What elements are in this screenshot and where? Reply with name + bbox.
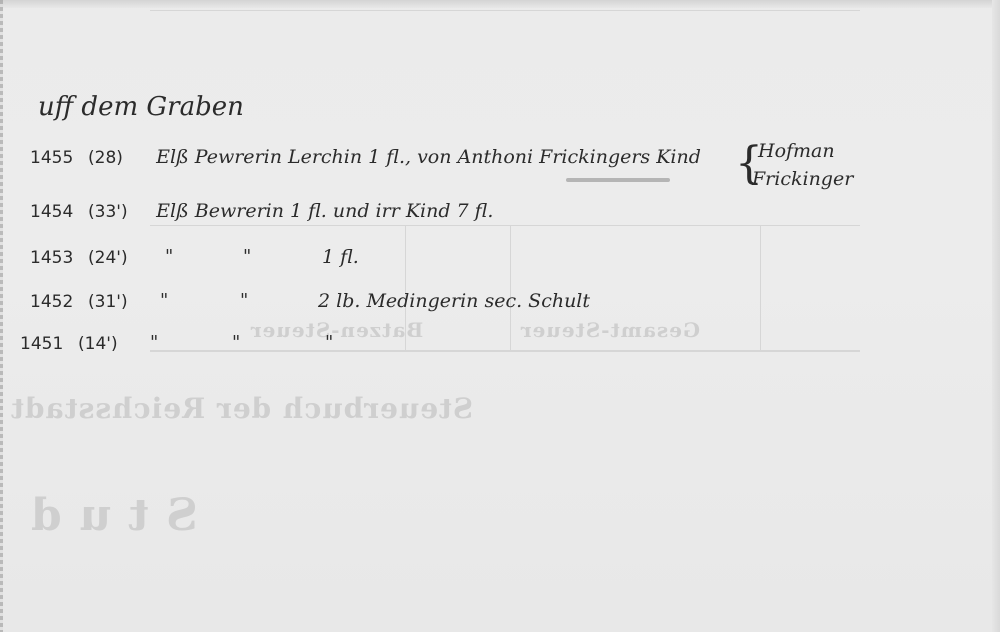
entry-text: Elß Pewrerin Lerchin 1 fl., von Anthoni … bbox=[156, 146, 701, 168]
ditto-mark: " bbox=[150, 332, 158, 353]
entry-text: 2 lb. Medingerin sec. Schult bbox=[318, 290, 590, 312]
entry-text: 1 fl. bbox=[322, 246, 359, 268]
ditto-mark: " bbox=[160, 290, 168, 311]
ditto-mark: " bbox=[325, 332, 333, 353]
card-top-edge bbox=[0, 0, 1000, 8]
entry-year: 1451 bbox=[20, 334, 72, 354]
ditto-mark: " bbox=[232, 332, 240, 353]
ghost-heading: Gesamt-Steuer bbox=[520, 318, 700, 342]
entry-ref: (33') bbox=[88, 202, 150, 222]
card-left-edge bbox=[0, 0, 3, 632]
ghost-rule bbox=[150, 350, 860, 352]
index-card: Batzen-Steuer Gesamt-Steuer Steuerbuch d… bbox=[0, 0, 1000, 632]
entry-ref: (31') bbox=[88, 292, 150, 312]
entry-ref: (14') bbox=[78, 334, 140, 354]
brace-name-frickinger: Frickinger bbox=[752, 168, 853, 190]
entry-year: 1453 bbox=[30, 248, 82, 268]
entry-year: 1452 bbox=[30, 292, 82, 312]
ghost-title: Steuerbuch der Reichsstadt bbox=[10, 392, 473, 425]
entry-1452: 1452 (31') bbox=[30, 290, 150, 312]
ditto-mark: " bbox=[243, 246, 251, 267]
pencil-underline bbox=[566, 178, 670, 182]
ghost-heading: Batzen-Steuer bbox=[250, 318, 423, 342]
ditto-mark: " bbox=[240, 290, 248, 311]
entry-1453: 1453 (24') bbox=[30, 246, 150, 268]
entry-1455: 1455 (28) Elß Pewrerin Lerchin 1 fl., vo… bbox=[30, 146, 701, 168]
ditto-mark: " bbox=[165, 246, 173, 267]
brace-name-hofman: Hofman bbox=[758, 140, 835, 162]
card-right-edge bbox=[992, 0, 1000, 632]
entry-ref: (28) bbox=[88, 148, 150, 168]
entry-1454: 1454 (33') Elß Bewrerin 1 fl. und irr Ki… bbox=[30, 200, 493, 222]
ghost-word: S t u d bbox=[30, 490, 198, 541]
ghost-rule bbox=[150, 10, 860, 11]
ghost-rule bbox=[510, 225, 511, 350]
entry-ref: (24') bbox=[88, 248, 150, 268]
card-heading: uff dem Graben bbox=[38, 92, 244, 122]
ghost-rule bbox=[760, 225, 761, 350]
entry-text: Elß Bewrerin 1 fl. und irr Kind 7 fl. bbox=[156, 200, 493, 222]
entry-year: 1455 bbox=[30, 148, 82, 168]
ghost-rule bbox=[150, 225, 860, 226]
entry-year: 1454 bbox=[30, 202, 82, 222]
entry-1451: 1451 (14') bbox=[20, 332, 140, 354]
